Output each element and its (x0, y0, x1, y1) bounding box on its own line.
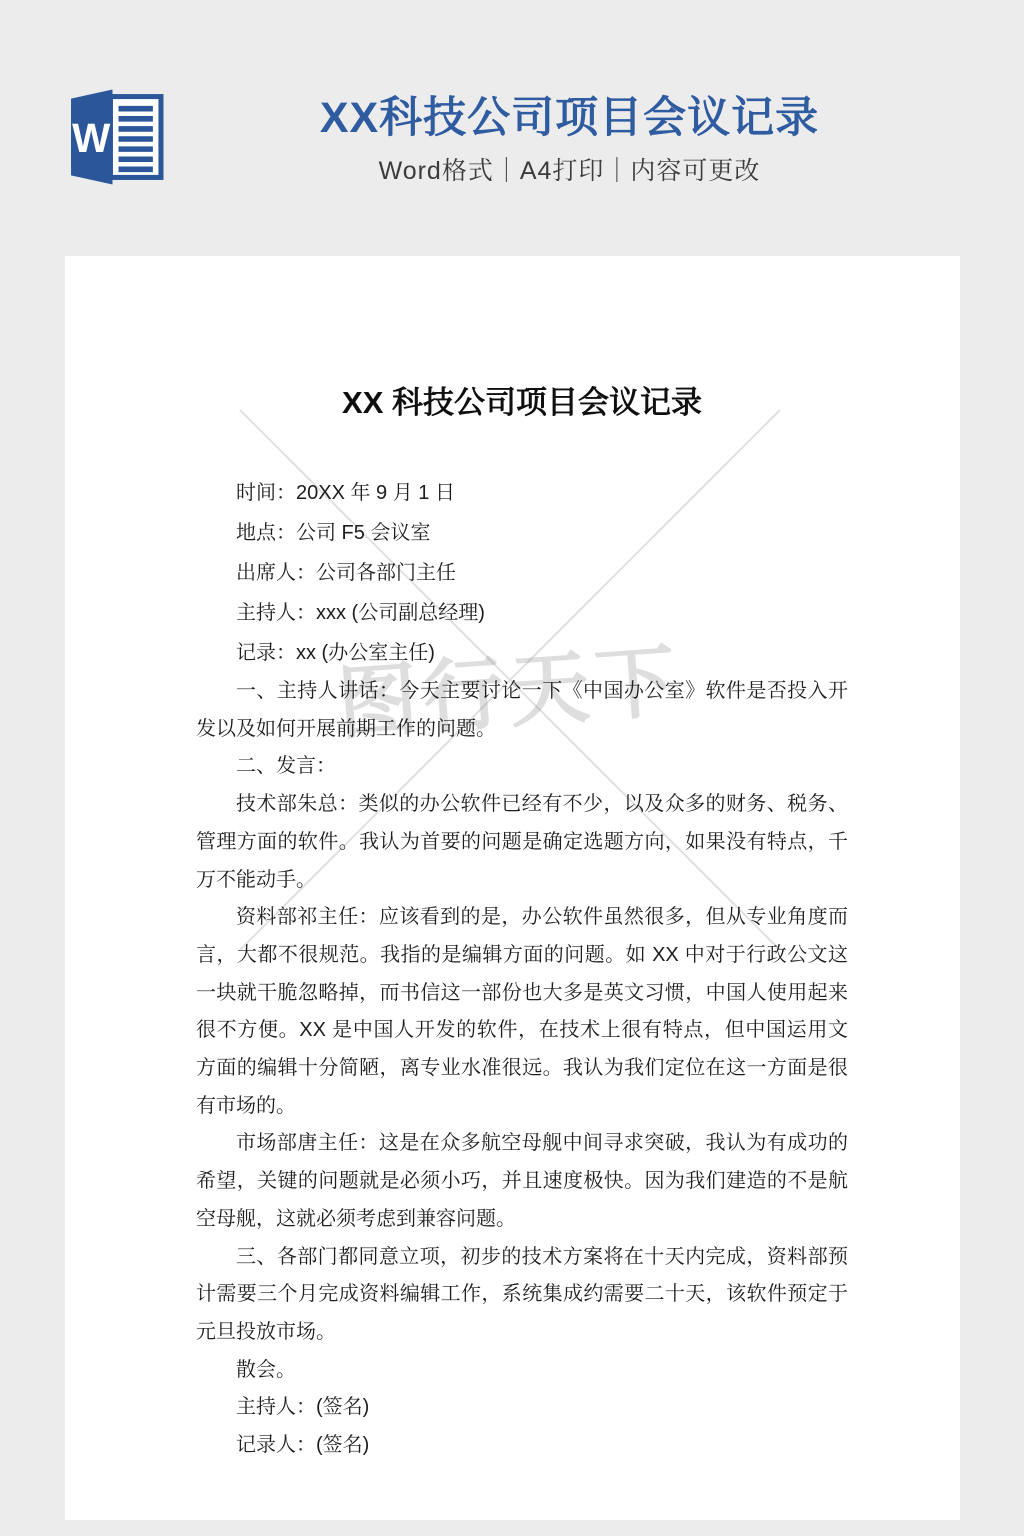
paragraph-data-dept-speech: 资料部祁主任：应该看到的是，办公软件虽然很多，但从专业角度而言，大都不很规范。我… (196, 899, 848, 1125)
signature-host-line: 主持人：(签名) (196, 1389, 848, 1427)
document-page: 图行天下 XX 科技公司项目会议记录 时间：20XX 年 9 月 1 日 地点：… (65, 256, 960, 1520)
template-subtitle: Word格式｜A4打印｜内容可更改 (115, 156, 1024, 186)
meta-host: 主持人：xxx (公司副总经理) (196, 593, 848, 633)
header-text-block: XX科技公司项目会议记录 Word格式｜A4打印｜内容可更改 (115, 90, 1024, 186)
meta-block: 时间：20XX 年 9 月 1 日 地点：公司 F5 会议室 出席人：公司各部门… (196, 473, 848, 673)
paragraph-market-dept-speech: 市场部唐主任：这是在众多航空母舰中间寻求突破，我认为有成功的希望，关键的问题就是… (196, 1125, 848, 1238)
meta-location: 地点：公司 F5 会议室 (196, 513, 848, 553)
meta-time: 时间：20XX 年 9 月 1 日 (196, 473, 848, 513)
document-body: 一、主持人讲话：今天主要讨论一下《中国办公室》软件是否投入开发以及如何开展前期工… (196, 673, 848, 1465)
document-content: XX 科技公司项目会议记录 时间：20XX 年 9 月 1 日 地点：公司 F5… (65, 256, 960, 1465)
paragraph-host-speech: 一、主持人讲话：今天主要讨论一下《中国办公室》软件是否投入开发以及如何开展前期工… (196, 673, 848, 748)
meta-attendees: 出席人：公司各部门主任 (196, 553, 848, 593)
signature-recorder-line: 记录人：(签名) (196, 1427, 848, 1465)
svg-text:W: W (72, 115, 111, 161)
paragraph-tech-dept-speech: 技术部朱总：类似的办公软件已经有不少，以及众多的财务、税务、管理方面的软件。我认… (196, 786, 848, 899)
template-header: W XX科技公司项目会议记录 Word格式｜A4打印｜内容可更改 (0, 0, 1024, 256)
document-title: XX 科技公司项目会议记录 (196, 382, 848, 424)
paragraph-adjourn: 散会。 (196, 1352, 848, 1390)
paragraph-speeches-heading: 二、发言： (196, 748, 848, 786)
meta-recorder: 记录：xx (办公室主任) (196, 633, 848, 673)
paragraph-resolution: 三、各部门都同意立项，初步的技术方案将在十天内完成，资料部预计需要三个月完成资料… (196, 1239, 848, 1352)
template-title: XX科技公司项目会议记录 (115, 90, 1024, 146)
